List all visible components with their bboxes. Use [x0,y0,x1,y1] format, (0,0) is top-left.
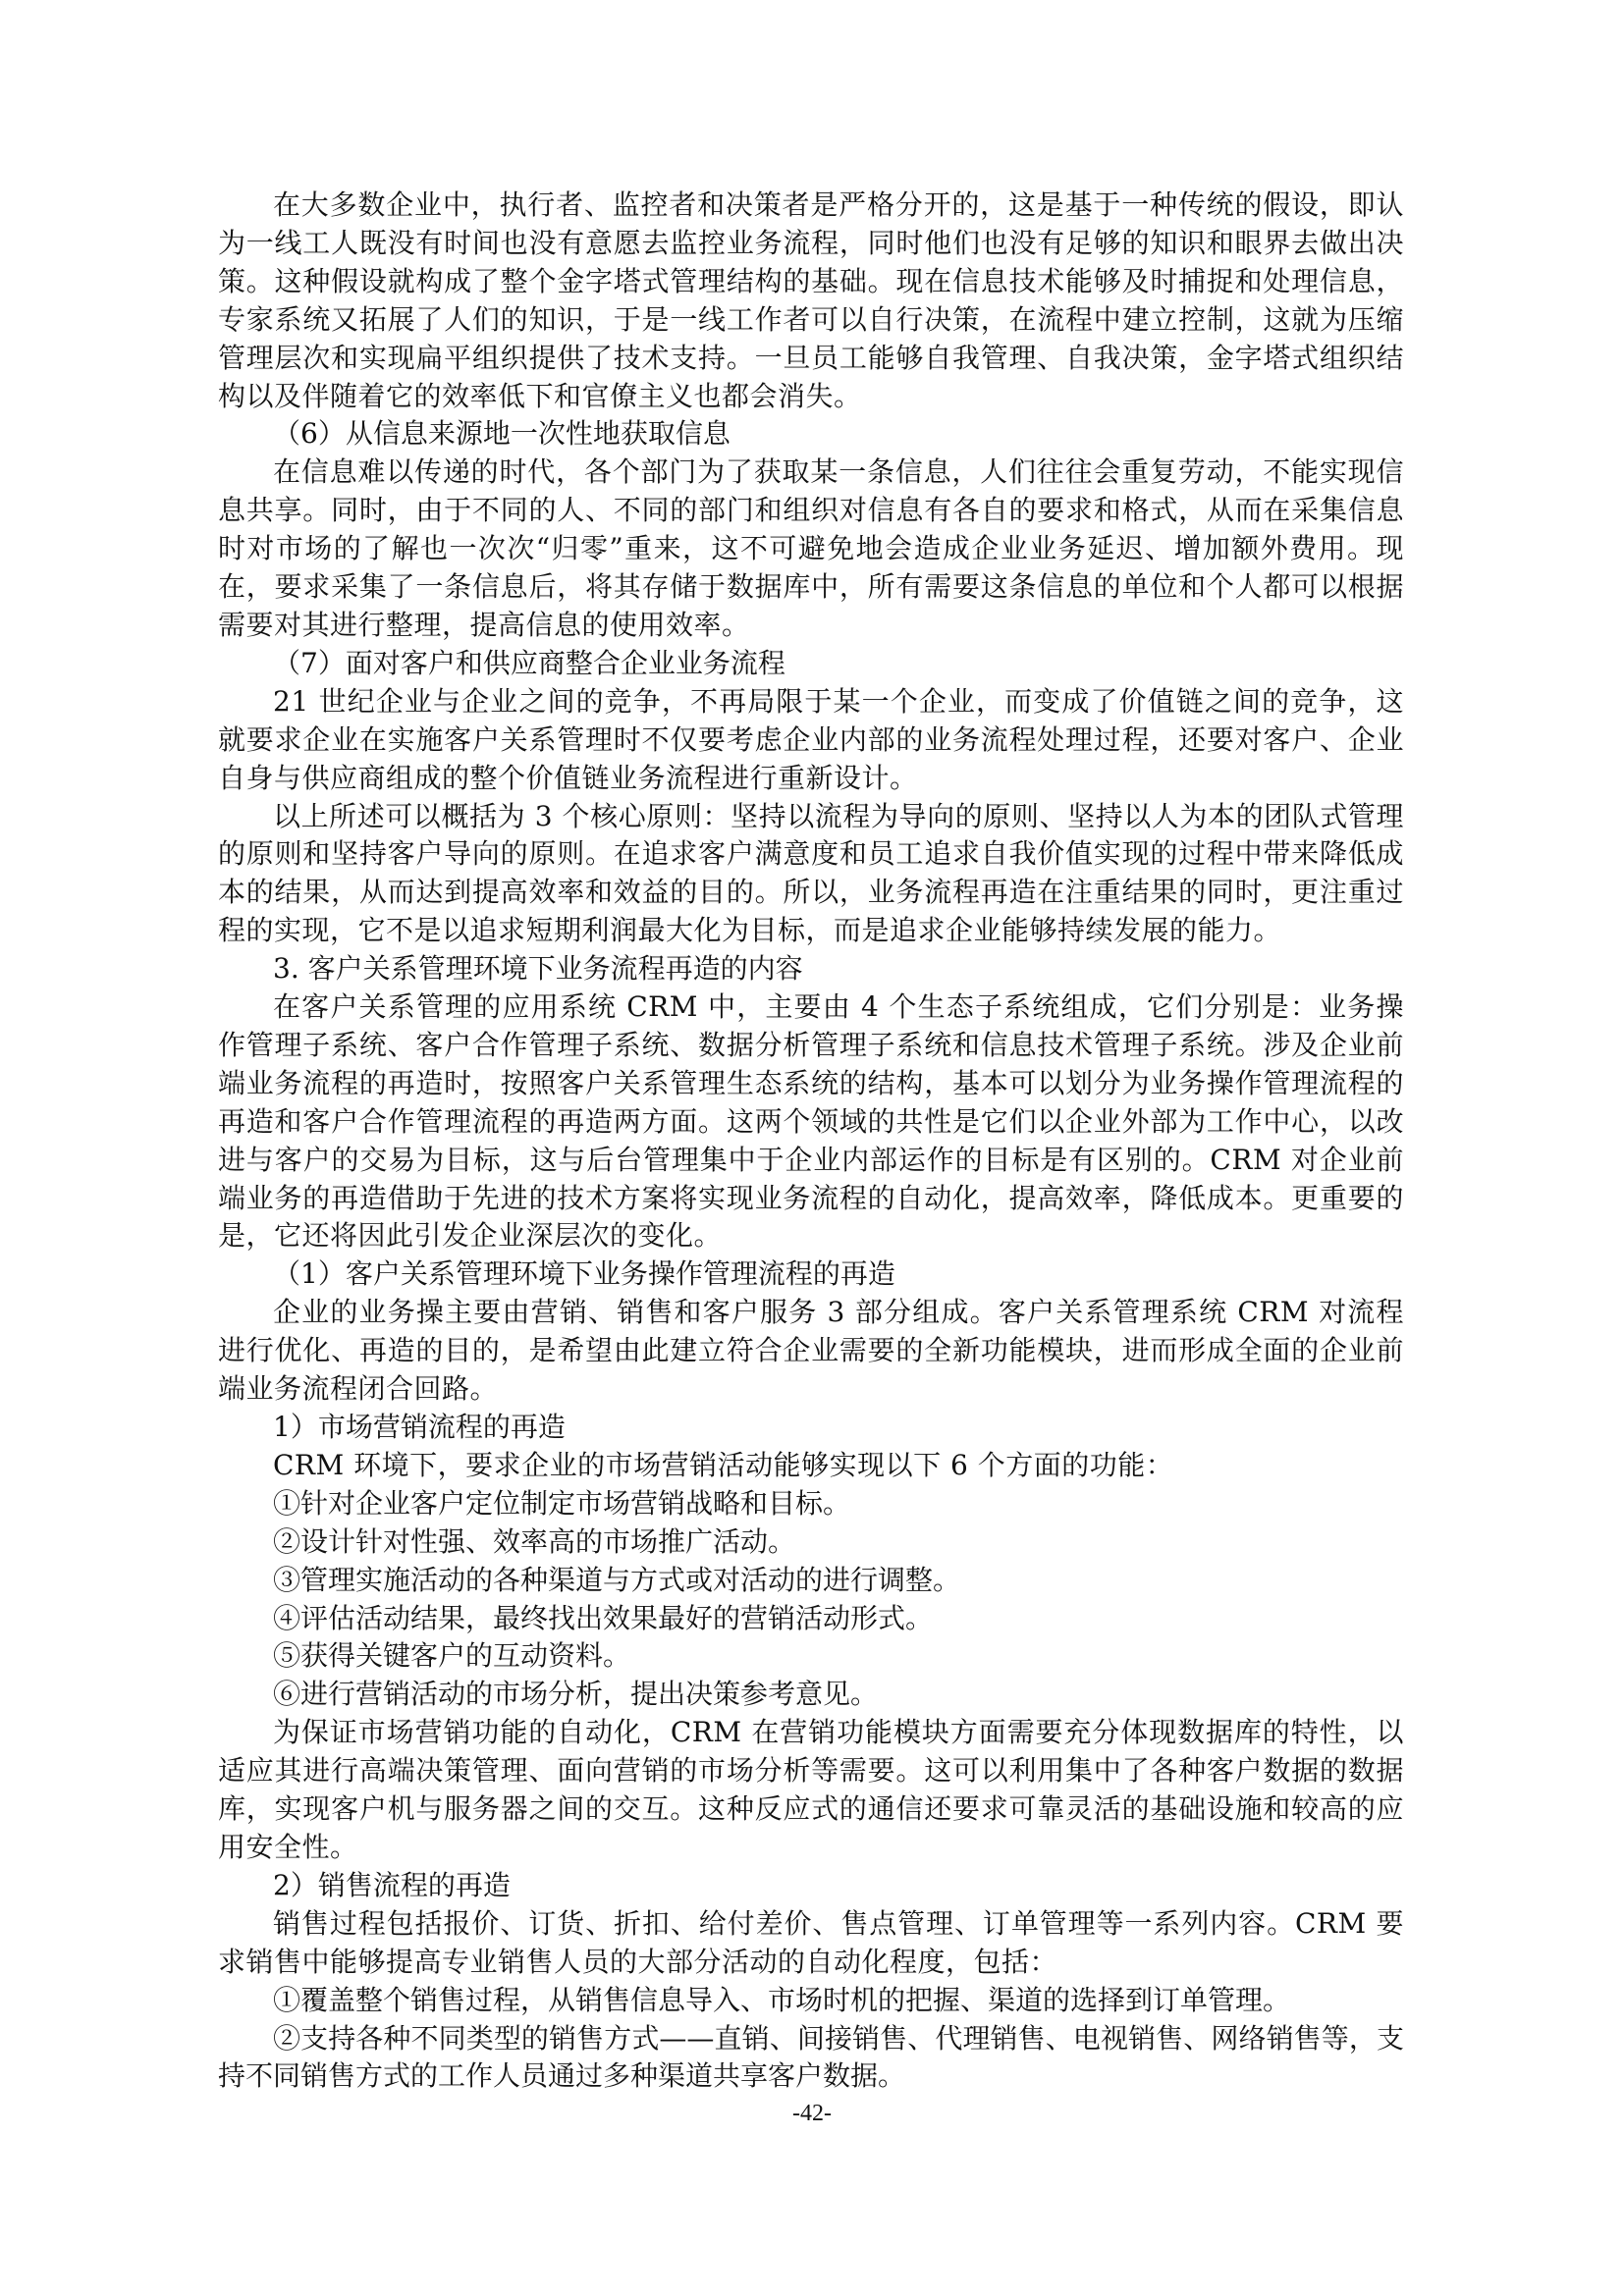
paragraph: 在客户关系管理的应用系统 CRM 中，主要由 4 个生态子系统组成，它们分别是：… [218,988,1404,1255]
section-heading: 1）市场营销流程的再造 [218,1409,1404,1447]
document-body: 在大多数企业中，执行者、监控者和决策者是严格分开的，这是基于一种传统的假设，即认… [218,187,1404,2096]
section-heading: 2）销售流程的再造 [218,1867,1404,1905]
list-item: ③管理实施活动的各种渠道与方式或对活动的进行调整。 [218,1562,1404,1600]
list-item: ⑥进行营销活动的市场分析，提出决策参考意见。 [218,1676,1404,1714]
paragraph: 21 世纪企业与企业之间的竞争，不再局限于某一个企业，而变成了价值链之间的竞争，… [218,683,1404,798]
page-number: -42- [0,2101,1624,2127]
paragraph: 在信息难以传递的时代，各个部门为了获取某一条信息，人们往往会重复劳动，不能实现信… [218,454,1404,645]
paragraph: 企业的业务操主要由营销、销售和客户服务 3 部分组成。客户关系管理系统 CRM … [218,1294,1404,1409]
paragraph: 在大多数企业中，执行者、监控者和决策者是严格分开的，这是基于一种传统的假设，即认… [218,187,1404,415]
list-item: ②支持各种不同类型的销售方式——直销、间接销售、代理销售、电视销售、网络销售等，… [218,2020,1404,2097]
list-item: ①覆盖整个销售过程，从销售信息导入、市场时机的把握、渠道的选择到订单管理。 [218,1982,1404,2020]
list-item: ⑤获得关键客户的互动资料。 [218,1637,1404,1676]
paragraph: 为保证市场营销功能的自动化，CRM 在营销功能模块方面需要充分体现数据库的特性，… [218,1714,1404,1867]
list-item: ④评估活动结果，最终找出效果最好的营销活动形式。 [218,1600,1404,1638]
paragraph: 以上所述可以概括为 3 个核心原则：坚持以流程为导向的原则、坚持以人为本的团队式… [218,798,1404,951]
list-item: ②设计针对性强、效率高的市场推广活动。 [218,1523,1404,1562]
paragraph: CRM 环境下，要求企业的市场营销活动能够实现以下 6 个方面的功能： [218,1447,1404,1485]
paragraph: 销售过程包括报价、订货、折扣、给付差价、售点管理、订单管理等一系列内容。CRM … [218,1905,1404,1982]
section-heading: （6）从信息来源地一次性地获取信息 [218,415,1404,454]
section-heading: 3. 客户关系管理环境下业务流程再造的内容 [218,950,1404,988]
section-heading: （1）客户关系管理环境下业务操作管理流程的再造 [218,1255,1404,1294]
list-item: ①针对企业客户定位制定市场营销战略和目标。 [218,1485,1404,1523]
section-heading: （7）面对客户和供应商整合企业业务流程 [218,645,1404,683]
